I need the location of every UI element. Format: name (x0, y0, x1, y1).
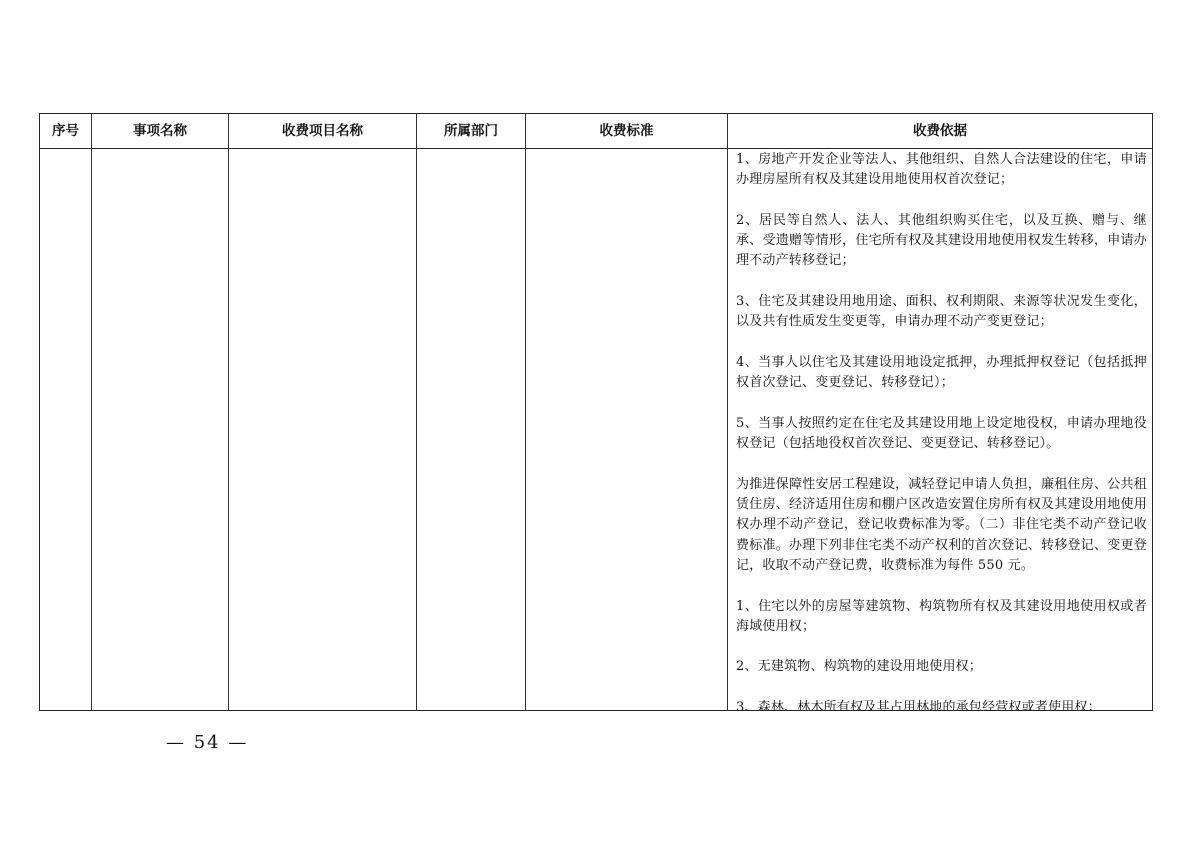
column-divider (525, 114, 526, 710)
fee-basis-cell: 1、房地产开发企业等法人、其他组织、自然人合法建设的住宅，申请办理房屋所有权及其… (729, 149, 1153, 710)
fee-basis-paragraph: 为推进保障性安居工程建设，减轻登记申请人负担，廉租住房、公共租赁住房、经济适用住… (736, 475, 1147, 576)
page-number: — 54 — (166, 732, 248, 753)
header-serial-number: 序号 (40, 114, 91, 148)
fee-basis-paragraph: 4、当事人以住宅及其建设用地设定抵押，办理抵押权登记（包括抵押权首次登记、变更登… (736, 353, 1147, 394)
header-fee-basis: 收费依据 (728, 114, 1152, 148)
header-item-name: 事项名称 (92, 114, 228, 148)
fee-basis-paragraph: 3、住宅及其建设用地用途、面积、权利期限、来源等状况发生变化，以及共有性质发生变… (736, 292, 1147, 333)
column-divider (91, 114, 92, 710)
fee-table: 序号 事项名称 收费项目名称 所属部门 收费标准 收费依据 1、房地产开发企业等… (39, 113, 1153, 711)
header-fee-item-name: 收费项目名称 (229, 114, 416, 148)
fee-basis-paragraph: 2、无建筑物、构筑物的建设用地使用权； (736, 657, 1147, 677)
fee-basis-paragraph: 1、房地产开发企业等法人、其他组织、自然人合法建设的住宅，申请办理房屋所有权及其… (736, 150, 1147, 191)
column-divider (228, 114, 229, 710)
fee-basis-paragraph: 2、居民等自然人、法人、其他组织购买住宅，以及互换、赠与、继承、受遗赠等情形，住… (736, 211, 1147, 272)
column-divider (727, 114, 728, 710)
fee-basis-paragraph: 3、森林、林木所有权及其占用林地的承包经营权或者使用权； (736, 698, 1147, 710)
header-department: 所属部门 (417, 114, 525, 148)
header-fee-standard: 收费标准 (526, 114, 727, 148)
fee-basis-paragraph: 5、当事人按照约定在住宅及其建设用地上设定地役权，申请办理地役权登记（包括地役权… (736, 414, 1147, 455)
column-divider (416, 114, 417, 710)
table-header-row: 序号 事项名称 收费项目名称 所属部门 收费标准 收费依据 (40, 114, 1152, 149)
fee-basis-paragraph: 1、住宅以外的房屋等建筑物、构筑物所有权及其建设用地使用权或者海域使用权； (736, 597, 1147, 638)
